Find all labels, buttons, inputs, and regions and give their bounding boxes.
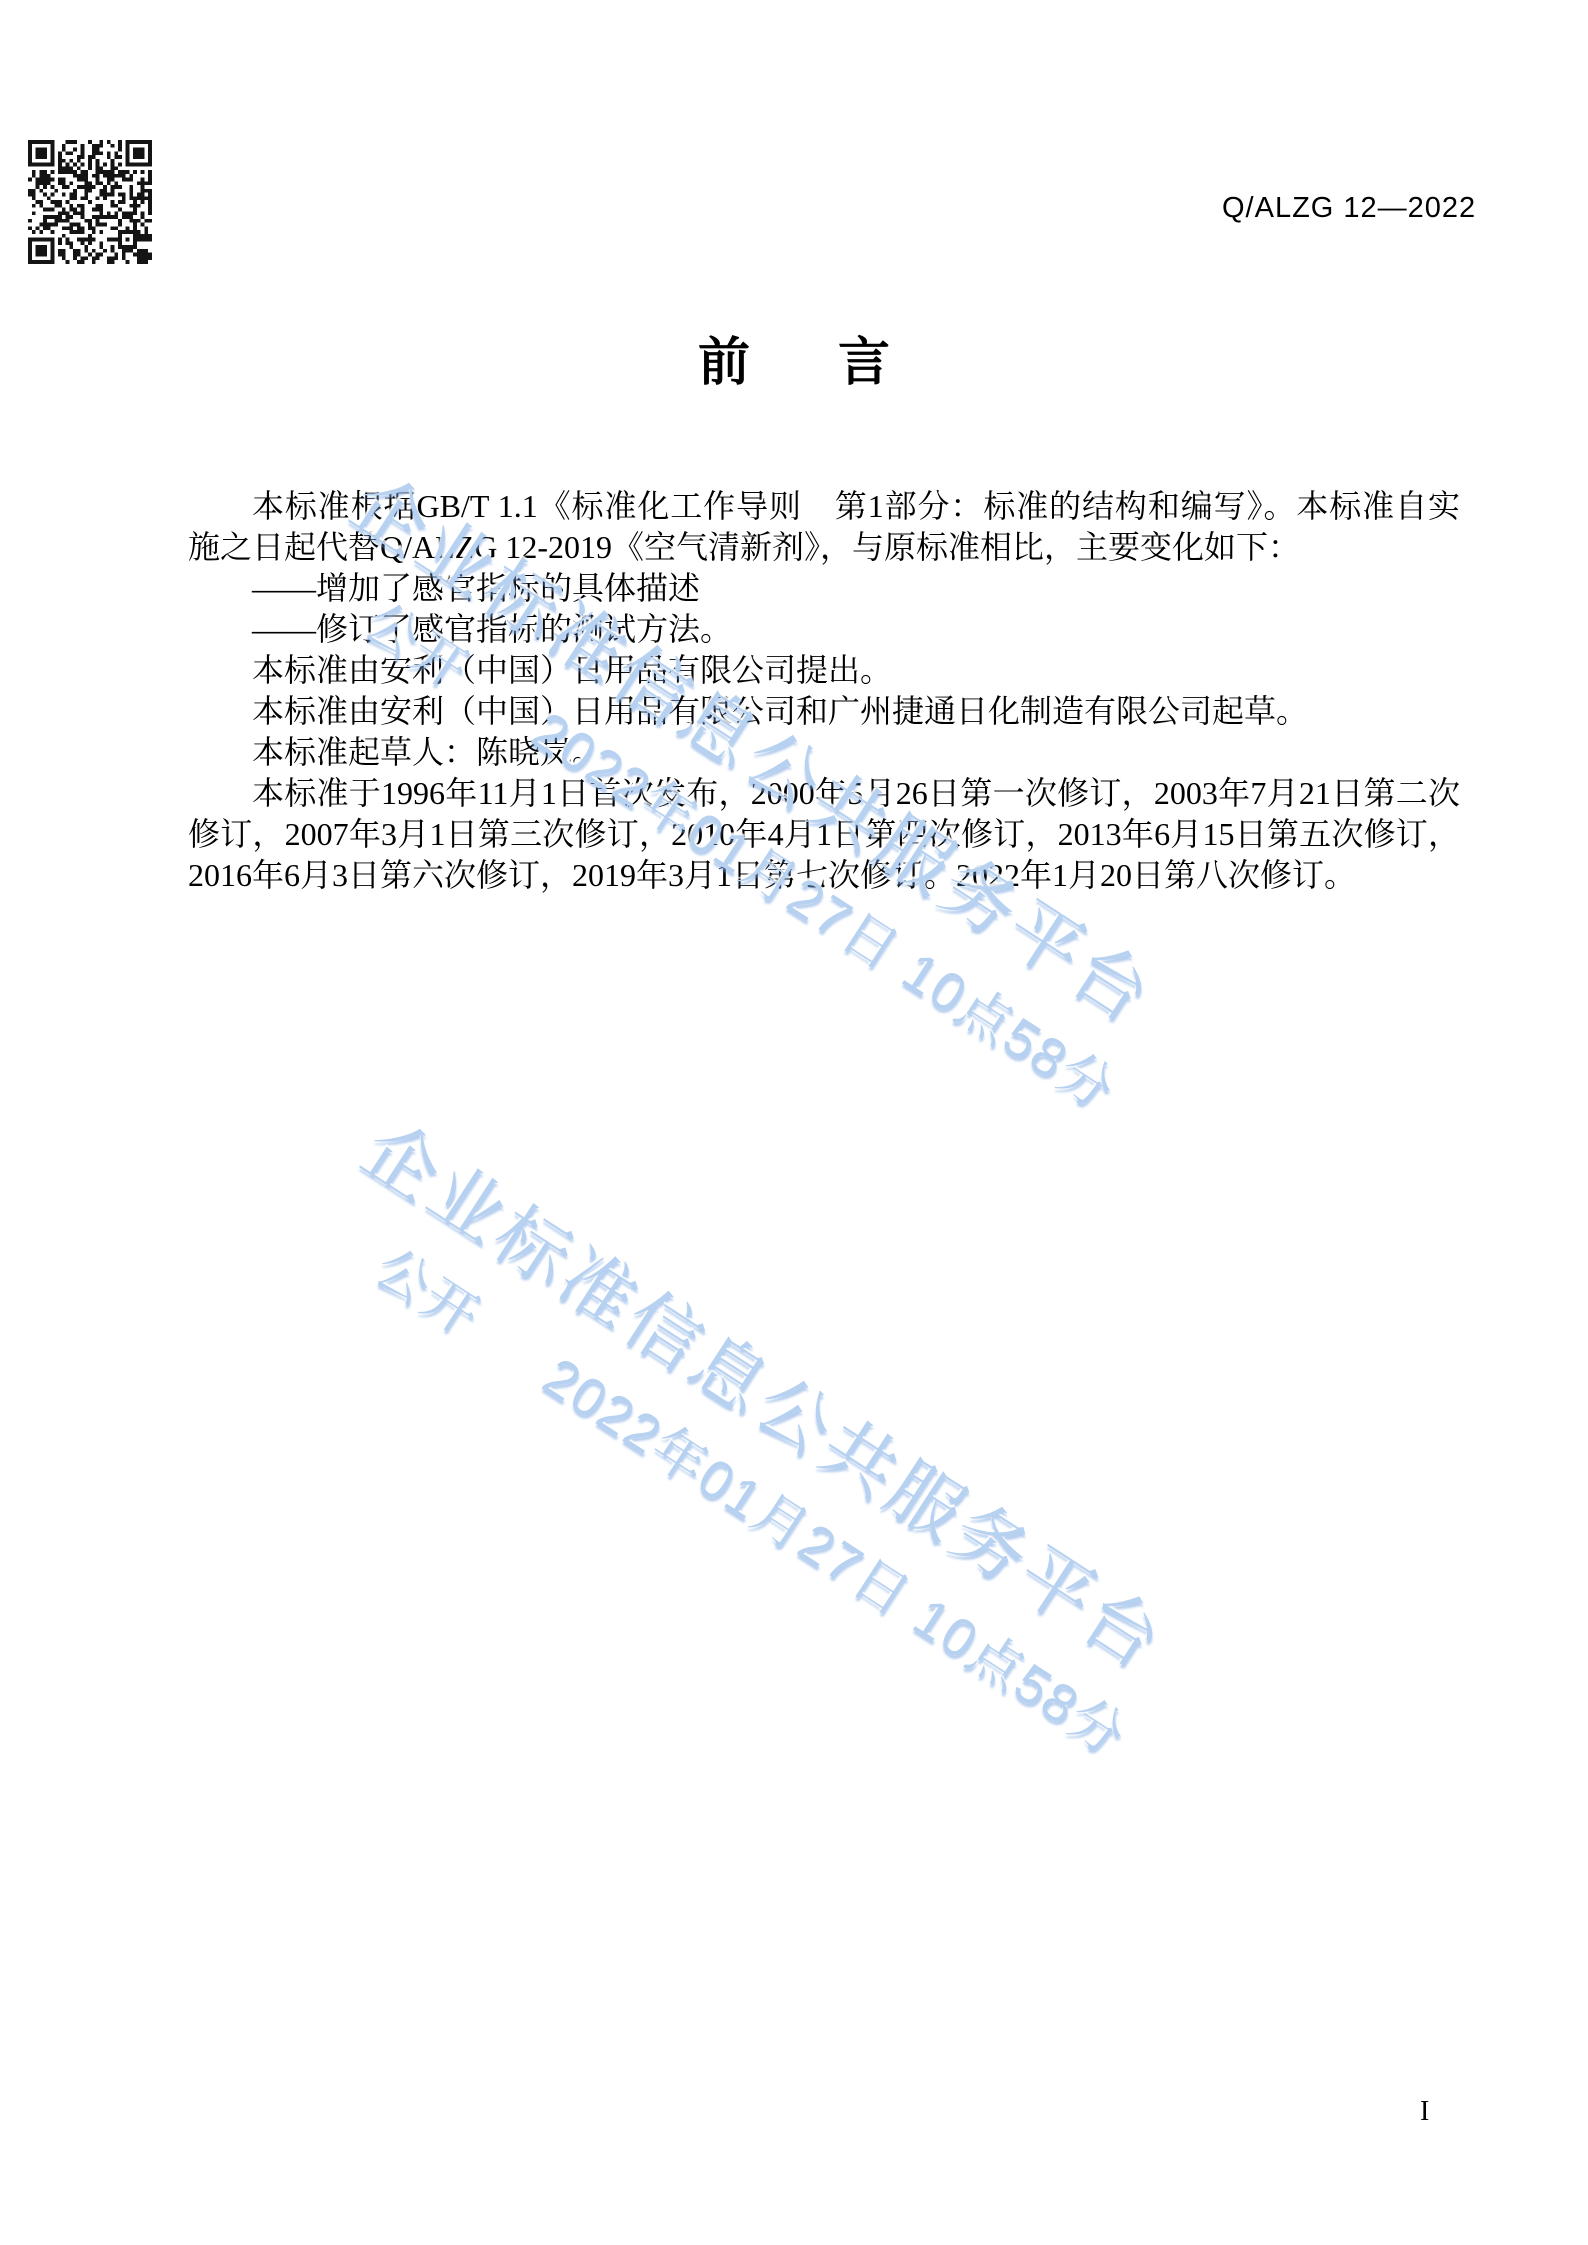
- watermark-meta-line: 公开 2022年01月27日 10点58分: [300, 1186, 1144, 1771]
- qr-code-icon: [28, 140, 152, 264]
- watermark-platform-text: 企业标准信息公共服务平台: [345, 1092, 1205, 1702]
- paragraph-change-1: ——增加了感官指标的具体描述: [188, 568, 1460, 609]
- title-char-yan: 言: [838, 334, 890, 394]
- watermark-public-label: 公开: [364, 1237, 491, 1348]
- paragraph-change-2: ——修订了感官指标的测试方法。: [188, 609, 1460, 650]
- paragraph-basis: 本标准根据GB/T 1.1《标准化工作导则 第1部分：标准的结构和编写》。本标准…: [188, 486, 1460, 568]
- paragraph-drafter: 本标准起草人：陈晓岚。: [188, 732, 1460, 773]
- paragraph-history: 本标准于1996年11月1日首次发布，2000年5月26日第一次修订，2003年…: [188, 773, 1460, 896]
- page-title: 前 言: [0, 334, 1588, 394]
- doc-number: Q/ALZG 12—2022: [1222, 192, 1462, 225]
- paragraph-drafter-org: 本标准由安利（中国）日用品有限公司和广州捷通日化制造有限公司起草。: [188, 691, 1460, 732]
- foreword-body: 本标准根据GB/T 1.1《标准化工作导则 第1部分：标准的结构和编写》。本标准…: [188, 486, 1460, 896]
- page-number: I: [1420, 2096, 1429, 2128]
- title-char-qian: 前: [698, 334, 750, 394]
- document-page: Q/ALZG 12—2022 前 言 本标准根据GB/T 1.1《标准化工作导则…: [0, 0, 1588, 2245]
- paragraph-proposer: 本标准由安利（中国）日用品有限公司提出。: [188, 650, 1460, 691]
- watermark-timestamp: 2022年01月27日 10点58分: [533, 1347, 1137, 1768]
- watermark-bottom: 企业标准信息公共服务平台 公开 2022年01月27日 10点58分: [300, 1092, 1205, 1771]
